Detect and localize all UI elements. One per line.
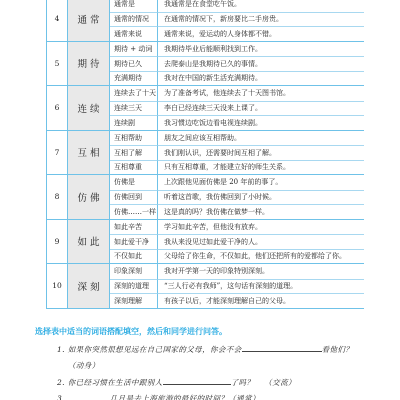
group-word: 互相 bbox=[68, 131, 110, 175]
group-number: 7 bbox=[46, 131, 68, 175]
example-cell: 我期待毕业后能顺利找到工作。 bbox=[158, 42, 364, 57]
example-cell: 学习如此辛苦，但他没有放弃。 bbox=[158, 220, 364, 235]
collocation-cell: 如此辛苦 bbox=[110, 220, 158, 235]
example-cell: 听着这首歌，我仿佛回到了小时候。 bbox=[158, 190, 364, 205]
example-cell: 通常来说，爱运动的人身体都不错。 bbox=[158, 26, 364, 41]
collocation-cell: 仿佛……一样 bbox=[110, 204, 158, 219]
collocation-cell: 期待已久 bbox=[110, 56, 158, 71]
exercise-instruction: 选择表中适当的词语搭配填空，然后和同学进行问答。 bbox=[35, 326, 227, 337]
question-1-hint: （动身） bbox=[68, 360, 100, 371]
question-text-pre: 你已经习惯在生活中跟别人 bbox=[68, 378, 163, 387]
table-group-shenke: 10 深刻 印象深刻 我对开学第一天的印象特别深刻。 深刻的道理 “三人行必有我… bbox=[46, 263, 364, 308]
group-number: 4 bbox=[46, 0, 68, 41]
example-cell: 我们刚认识，还需要时间互相了解。 bbox=[158, 145, 364, 160]
collocation-cell: 如此爱干净 bbox=[110, 234, 158, 249]
collocation-cell: 通常是 bbox=[110, 0, 158, 12]
textbook-page: { "colors":{ "table_line_blue":"#6fc2e8"… bbox=[0, 0, 400, 400]
group-number: 5 bbox=[46, 42, 68, 86]
group-number: 9 bbox=[46, 220, 68, 264]
group-number: 6 bbox=[46, 86, 68, 130]
table-group-ruci: 9 如此 如此辛苦 学习如此辛苦，但他没有放弃。 如此爱干净 我从来没见过如此爱… bbox=[46, 219, 364, 264]
question-number: 1. bbox=[57, 345, 65, 354]
collocation-cell: 仿佛是 bbox=[110, 175, 158, 190]
collocation-cell: 不仅如此 bbox=[110, 249, 158, 264]
collocation-cell: 深刻理解 bbox=[110, 293, 158, 308]
example-cell: 朋友之间应该互相帮助。 bbox=[158, 131, 364, 146]
example-cell: 上次跟他见面仿佛是 20 年前的事了。 bbox=[158, 175, 364, 190]
group-word: 连续 bbox=[68, 86, 110, 130]
collocation-cell: 仿佛回到 bbox=[110, 190, 158, 205]
question-2: 2. 你已经习惯在生活中跟别人了吗？（交流） bbox=[57, 377, 296, 388]
collocation-cell: 连续三天 bbox=[110, 101, 158, 116]
group-word: 如此 bbox=[68, 220, 110, 264]
example-cell: 这是真的吗？我仿佛在做梦一样。 bbox=[158, 204, 364, 219]
group-word: 仿佛 bbox=[68, 175, 110, 219]
example-cell: 父母给了你生命，不仅如此，他们还把所有的爱都给了你。 bbox=[158, 249, 364, 264]
answer-blank bbox=[242, 344, 322, 352]
example-cell: 我对在中国的新生活充满期待。 bbox=[158, 71, 364, 86]
collocation-cell: 期待 + 动词 bbox=[110, 42, 158, 57]
example-cell: 我对开学第一天的印象特别深刻。 bbox=[158, 264, 364, 279]
question-number: 3. bbox=[57, 394, 65, 400]
question-text-post: 几月是去上海旅游的最好的时间？ bbox=[110, 394, 229, 400]
question-number: 2. bbox=[57, 378, 65, 387]
collocation-cell: 连续去了十天 bbox=[110, 86, 158, 101]
example-cell: 为了准备考试，他连续去了十天图书馆。 bbox=[158, 86, 364, 101]
table-group-fangfu: 8 仿佛 仿佛是 上次跟他见面仿佛是 20 年前的事了。 仿佛回到 听着这首歌，… bbox=[46, 174, 364, 219]
table-group-huxiang: 7 互相 互相帮助 朋友之间应该互相帮助。 互相了解 我们刚认识，还需要时间互相… bbox=[46, 130, 364, 175]
group-word: 深刻 bbox=[68, 264, 110, 308]
table-group-lianxu: 6 连续 连续去了十天 为了准备考试，他连续去了十天图书馆。 连续三天 李白已经… bbox=[46, 85, 364, 130]
collocation-cell: 深刻的道理 bbox=[110, 279, 158, 294]
collocation-cell: 充满期待 bbox=[110, 71, 158, 86]
collocation-cell: 互相帮助 bbox=[110, 131, 158, 146]
answer-blank bbox=[163, 377, 231, 385]
group-number: 8 bbox=[46, 175, 68, 219]
question-text-post: 了吗？ bbox=[231, 378, 255, 387]
question-1: 1. 如果你突然很想见远在自己国家的父母，你会不会看他们？ bbox=[57, 344, 353, 355]
vocab-table: 4 通常 通常是 我通常是在食堂吃午饭。 通常的情况 在通常的情况下，新房要比二… bbox=[46, 0, 364, 309]
example-cell: 只有互相尊重，才能建立好的师生关系。 bbox=[158, 160, 364, 175]
group-word: 期待 bbox=[68, 42, 110, 86]
group-number: 10 bbox=[46, 264, 68, 308]
example-cell: 李白已经连续三天没来上课了。 bbox=[158, 101, 364, 116]
example-cell: 我通常是在食堂吃午饭。 bbox=[158, 0, 364, 12]
collocation-cell: 互相了解 bbox=[110, 145, 158, 160]
example-cell: 在通常的情况下，新房要比二手房贵。 bbox=[158, 12, 364, 27]
example-cell: 我从来没见过如此爱干净的人。 bbox=[158, 234, 364, 249]
question-2-hint: （交流） bbox=[264, 378, 296, 387]
collocation-cell: 通常的情况 bbox=[110, 12, 158, 27]
example-cell: 有孩子以后，才能深刻理解自己的父母。 bbox=[158, 293, 364, 308]
table-group-qidai: 5 期待 期待 + 动词 我期待毕业后能顺利找到工作。 期待已久 去爬泰山是我期… bbox=[46, 41, 364, 86]
collocation-cell: 互相尊重 bbox=[110, 160, 158, 175]
question-text-pre: 如果你突然很想见远在自己国家的父母，你会不会 bbox=[68, 345, 242, 354]
collocation-cell: 连续剧 bbox=[110, 115, 158, 130]
question-3-hint: （通常） bbox=[228, 394, 260, 400]
group-word: 通常 bbox=[68, 0, 110, 41]
question-3: 3. 几月是去上海旅游的最好的时间？（通常） bbox=[57, 393, 260, 400]
table-group-tongchang: 4 通常 通常是 我通常是在食堂吃午饭。 通常的情况 在通常的情况下，新房要比二… bbox=[46, 0, 364, 41]
answer-blank bbox=[68, 393, 110, 400]
example-cell: 去爬泰山是我期待已久的事情。 bbox=[158, 56, 364, 71]
question-text-post: 看他们？ bbox=[322, 345, 354, 354]
collocation-cell: 通常来说 bbox=[110, 26, 158, 41]
collocation-cell: 印象深刻 bbox=[110, 264, 158, 279]
example-cell: 我习惯边吃饭边看电视连续剧。 bbox=[158, 115, 364, 130]
example-cell: “三人行必有我师”，这句话有深刻的道理。 bbox=[158, 279, 364, 294]
